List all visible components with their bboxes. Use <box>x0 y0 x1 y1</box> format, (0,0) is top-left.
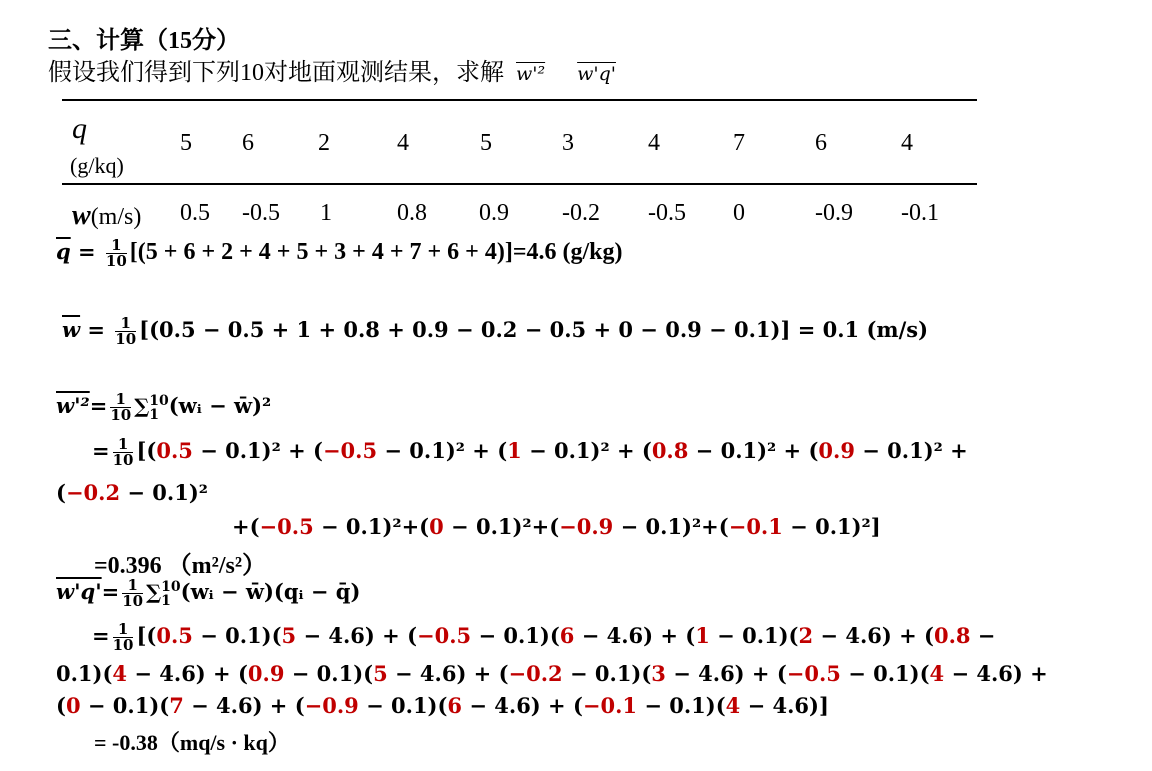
highlighted-value: 1 <box>507 438 522 463</box>
w-bar: w <box>62 317 80 342</box>
q-value-cell: 3 <box>562 130 574 157</box>
highlighted-value: 1 <box>695 623 710 648</box>
highlighted-value: −0.5 <box>323 438 377 463</box>
q-row-unit: (g/kq) <box>70 153 124 179</box>
variance-symbol: w'² <box>56 393 90 418</box>
q-value-cell: 5 <box>480 130 492 157</box>
highlighted-value: 3 <box>651 661 666 686</box>
highlighted-value: 0.5 <box>156 438 193 463</box>
highlighted-value: −0.5 <box>787 661 841 686</box>
problem-prompt: 假设我们得到下列10对地面观测结果，求解 w'² w'q' <box>48 52 616 87</box>
w-value-cell: 1 <box>320 200 332 227</box>
q-value-cell: 6 <box>815 130 827 157</box>
w-value-cell: -0.5 <box>242 200 280 227</box>
highlighted-value: 0.9 <box>248 661 285 686</box>
highlighted-value: 7 <box>169 693 184 718</box>
highlighted-value: 0.8 <box>652 438 689 463</box>
highlighted-value: 0.8 <box>934 623 971 648</box>
highlighted-value: 5 <box>282 623 297 648</box>
highlighted-value: 6 <box>560 623 575 648</box>
sigma-icon: ∑ <box>134 394 149 418</box>
covariance-line-1: =110[(0.5 − 0.1)(5 − 4.6) + (−0.5 − 0.1)… <box>92 622 995 653</box>
variance-line-1: =110[(0.5 − 0.1)² + (−0.5 − 0.1)² + (1 −… <box>92 437 968 468</box>
w-row-label: w(m/s) <box>72 200 141 232</box>
table-middle-rule <box>62 183 977 185</box>
q-value-cell: 6 <box>242 130 254 157</box>
covariance-result: = -0.38（mq/s · kq） <box>94 726 290 757</box>
highlighted-value: 0.5 <box>156 623 193 648</box>
highlighted-value: 2 <box>798 623 813 648</box>
w-mean-body: [(0.5 − 0.5 + 1 + 0.8 + 0.9 − 0.2 − 0.5 … <box>139 317 928 342</box>
q-value-cell: 7 <box>733 130 745 157</box>
covariance-line-3: (0 − 0.1)(7 − 4.6) + (−0.9 − 0.1)(6 − 4.… <box>56 693 829 718</box>
highlighted-value: −0.2 <box>66 480 120 505</box>
fraction: 110 <box>106 238 127 269</box>
target-covariance: w'q' <box>577 63 616 85</box>
target-variance: w'² <box>516 63 545 85</box>
sigma-icon: ∑ <box>146 580 161 604</box>
w-value-cell: -0.9 <box>815 200 853 227</box>
highlighted-value: 0.9 <box>818 438 855 463</box>
w-symbol: w <box>72 200 91 231</box>
section-title: 三、计算（15分） <box>48 20 240 55</box>
fraction: 110 <box>113 622 134 653</box>
q-value-cell: 4 <box>901 130 913 157</box>
variance-line-2: (−0.2 − 0.1)² <box>56 480 208 505</box>
highlighted-value: −0.5 <box>417 623 471 648</box>
w-value-cell: -0.5 <box>648 200 686 227</box>
variance-definition: w'²=110∑101(wᵢ − w̄)² <box>56 392 271 423</box>
q-bar: q <box>56 239 71 264</box>
covariance-term: (wᵢ − w̄)(qᵢ − q̄) <box>181 579 361 604</box>
highlighted-value: −0.2 <box>509 661 563 686</box>
covariance-definition: w'q'=110∑101(wᵢ − w̄)(qᵢ − q̄) <box>56 578 360 609</box>
highlighted-value: −0.1 <box>583 693 637 718</box>
w-row-unit: (m/s) <box>91 204 142 230</box>
highlighted-value: 6 <box>447 693 462 718</box>
q-row-label: q <box>72 112 87 146</box>
w-value-cell: -0.2 <box>562 200 600 227</box>
q-mean-body: [(5 + 6 + 2 + 4 + 5 + 3 + 4 + 7 + 6 + 4)… <box>130 239 623 265</box>
highlighted-value: −0.9 <box>305 693 359 718</box>
covariance-line-2: 0.1)(4 − 4.6) + (0.9 − 0.1)(5 − 4.6) + (… <box>56 661 1048 686</box>
prompt-text: 假设我们得到下列10对地面观测结果，求解 <box>48 60 504 86</box>
q-value-cell: 2 <box>318 130 330 157</box>
fraction: 110 <box>122 578 143 609</box>
w-value-cell: 0.9 <box>479 200 509 227</box>
variance-result: =0.396 （m²/s²） <box>94 545 266 580</box>
variance-term: (wᵢ − w̄)² <box>169 393 271 418</box>
highlighted-value: 0 <box>66 693 81 718</box>
fraction: 110 <box>110 392 131 423</box>
highlighted-value: −0.5 <box>260 514 314 539</box>
highlighted-value: 5 <box>373 661 388 686</box>
w-mean-equation: w = 110[(0.5 − 0.5 + 1 + 0.8 + 0.9 − 0.2… <box>62 316 928 347</box>
highlighted-value: 4 <box>726 693 741 718</box>
q-value-cell: 4 <box>648 130 660 157</box>
w-value-cell: 0 <box>733 200 745 227</box>
w-value-cell: 0.5 <box>180 200 210 227</box>
highlighted-value: −0.9 <box>559 514 613 539</box>
q-mean-equation: q = 110[(5 + 6 + 2 + 4 + 5 + 3 + 4 + 7 +… <box>56 238 623 269</box>
highlighted-value: 0 <box>429 514 444 539</box>
highlighted-value: −0.1 <box>729 514 783 539</box>
highlighted-value: 4 <box>930 661 945 686</box>
fraction: 110 <box>115 316 136 347</box>
w-value-cell: 0.8 <box>397 200 427 227</box>
fraction: 110 <box>113 437 134 468</box>
covariance-symbol: w'q' <box>56 579 102 604</box>
q-value-cell: 5 <box>180 130 192 157</box>
q-value-cell: 4 <box>397 130 409 157</box>
w-value-cell: -0.1 <box>901 200 939 227</box>
highlighted-value: 4 <box>112 661 127 686</box>
variance-line-3: +(−0.5 − 0.1)²+(0 − 0.1)²+(−0.9 − 0.1)²+… <box>232 514 881 539</box>
table-top-rule <box>62 99 977 101</box>
